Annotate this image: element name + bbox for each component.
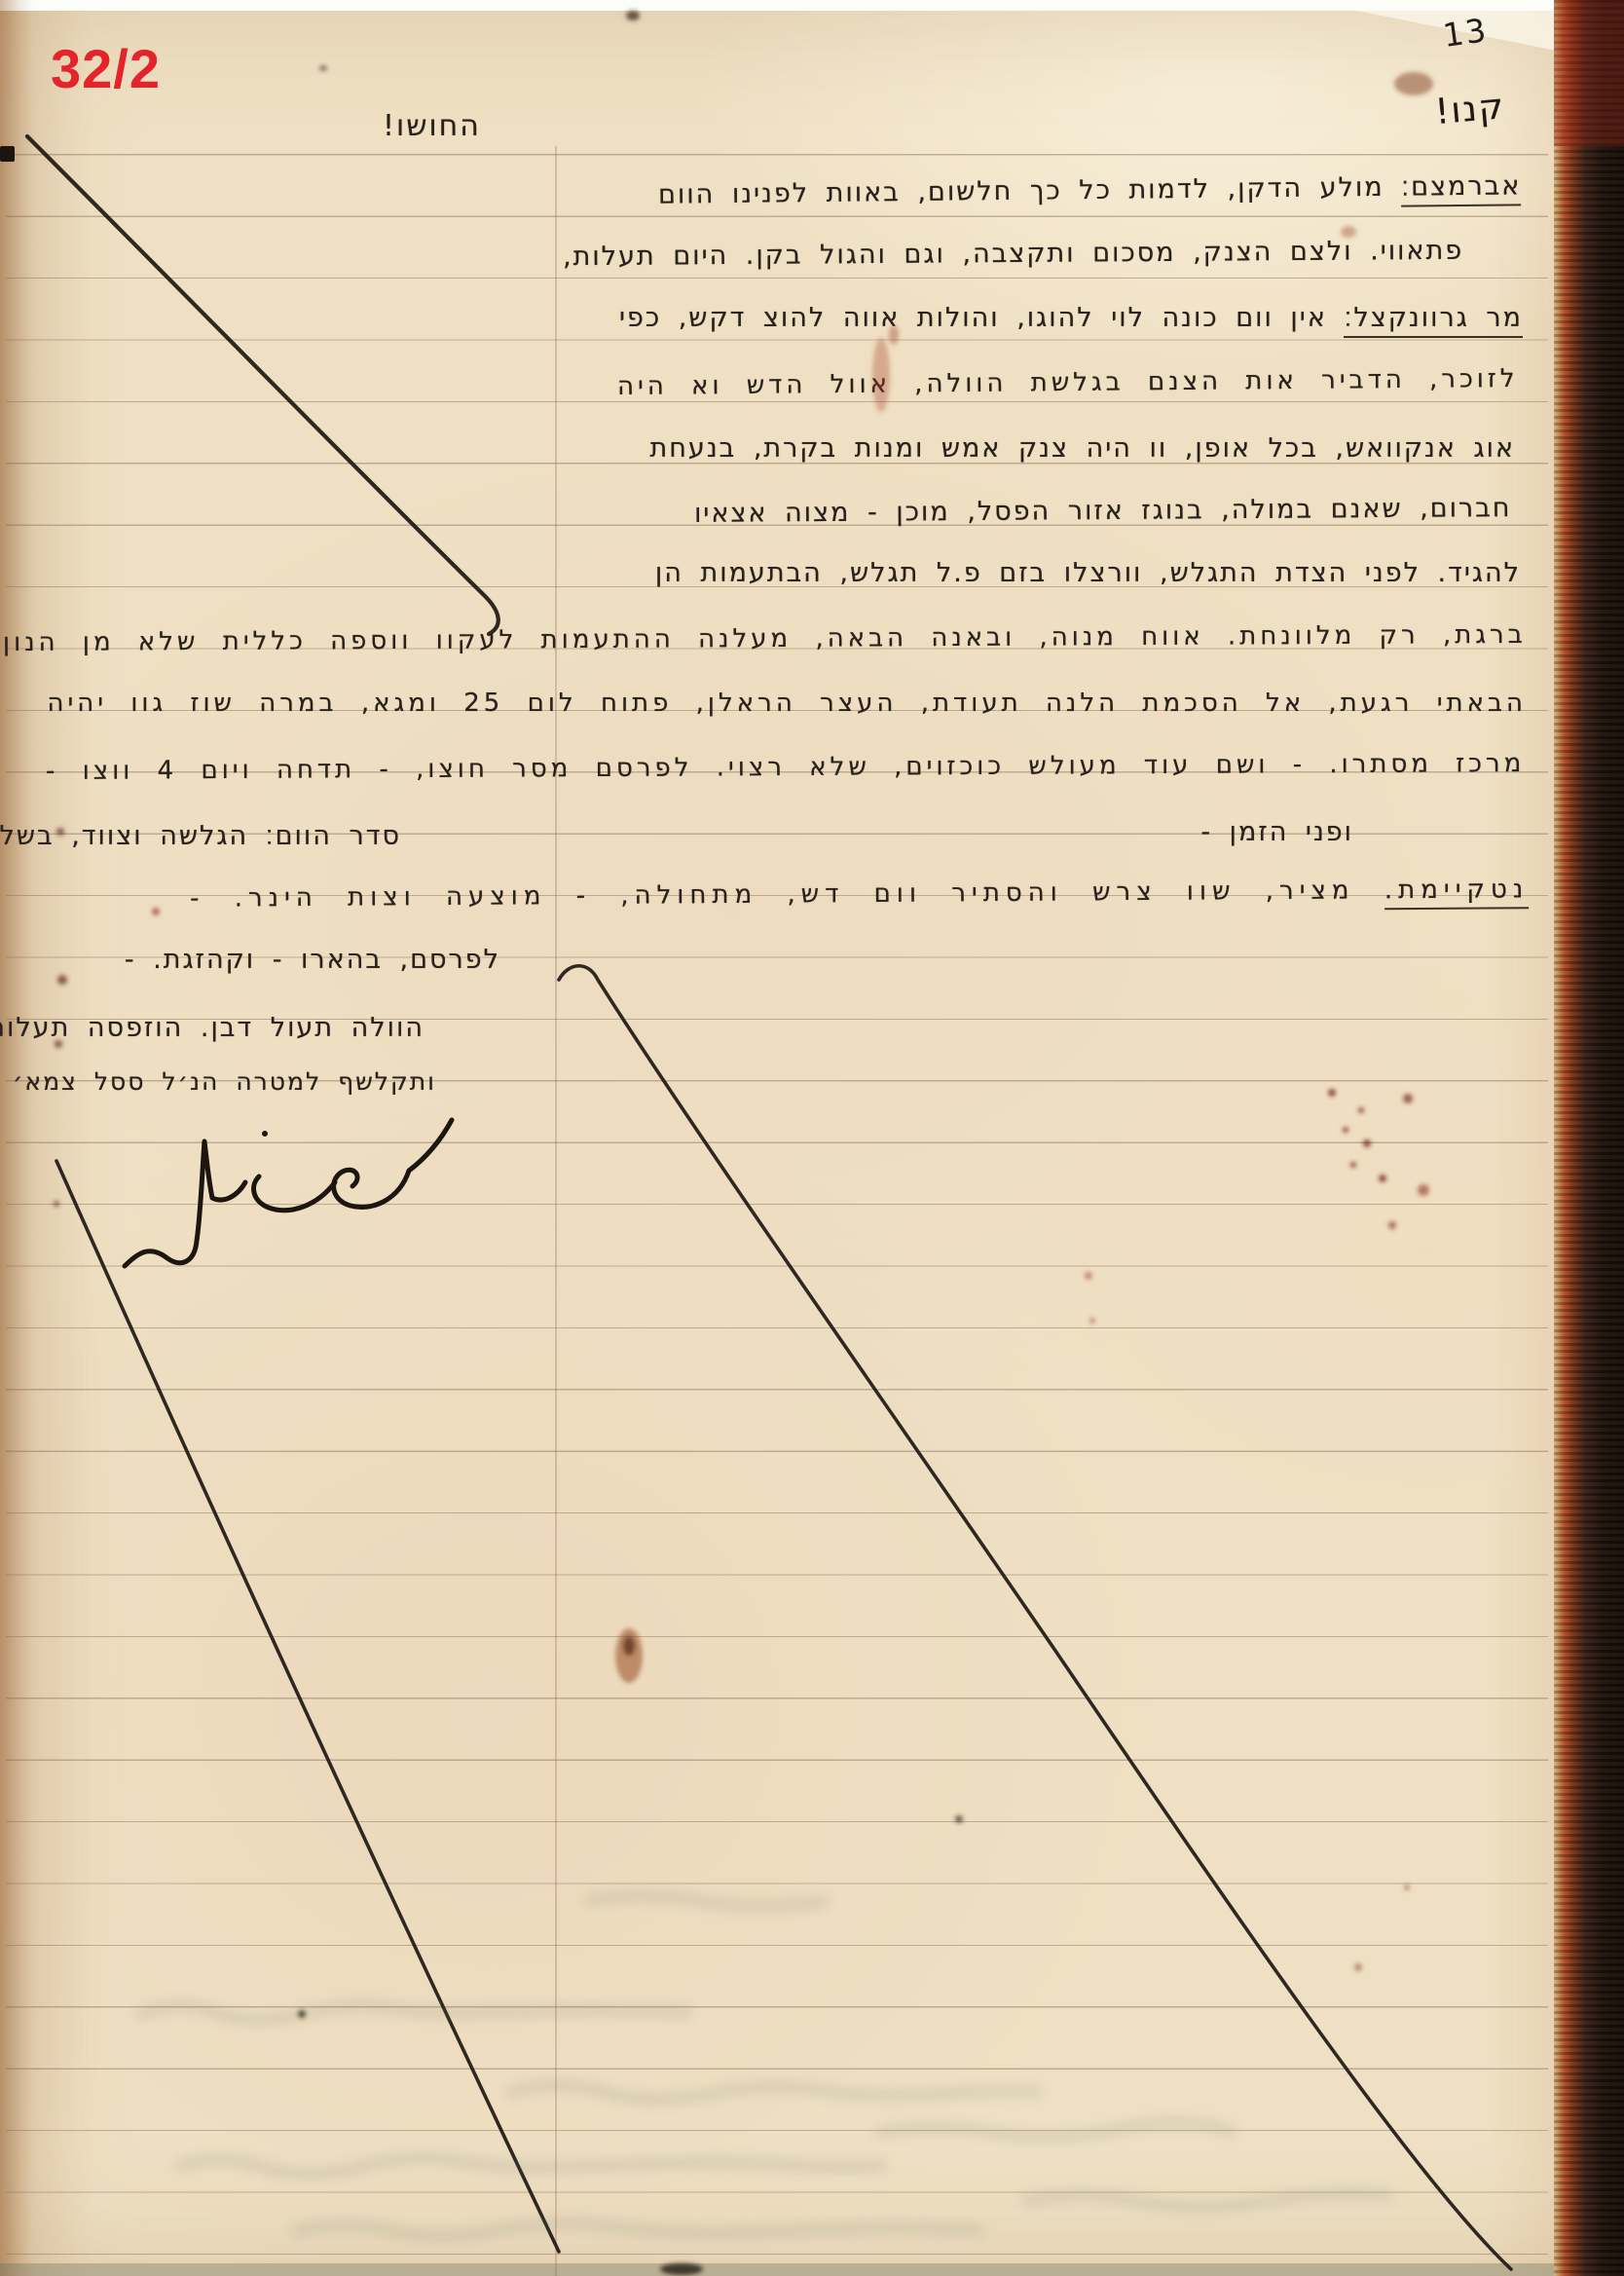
handwritten-line: ופני הזמן -: [1200, 817, 1353, 847]
handwritten-line: סדר הוום׃ הגלשה וצווד, בשלשות: [33, 821, 401, 851]
handwritten-line: מרכז מסתרו. - ושם עוד מעולש כוכזוים, שלא…: [46, 749, 1525, 786]
handwritten-line: מר גרוונקצל׃ אין וום כונה לוי להוגו, והו…: [619, 303, 1523, 333]
binding-red-tint: [1554, 0, 1624, 146]
handwritten-line: ברגת, רק מלוונחת. אווח מנוה, ובאנה הבאה,…: [3, 620, 1527, 657]
ink-stains: [54, 11, 1433, 2275]
margin-rule: [555, 146, 557, 2276]
underlined-word: מר גרוונקצל׃: [1344, 303, 1523, 338]
ruled-lines: [6, 93, 1548, 2276]
handwritten-line: נטקיימת. מציר, שוו צרש והסתיר וום דש, מת…: [190, 875, 1529, 914]
bleed-through: [136, 1896, 1392, 2236]
handwritten-line: להגיד. לפני הצדת התגלש, וורצלו בזם פ.ל ת…: [655, 558, 1521, 588]
bottom-page-edge: [0, 2263, 1554, 2276]
underlined-word: נטקיימת.: [1384, 875, 1530, 910]
left-page-edge: [0, 0, 33, 2276]
page-number: 13: [1441, 11, 1491, 55]
handwritten-line: חברום, שאנם במולה, בנוגז אזור הפסל, מוכן…: [693, 493, 1511, 529]
handwritten-line: ותקלשף למטרה הנ׳ל ססל צמא׳: [97, 1067, 436, 1096]
edge-mark: [0, 146, 15, 162]
catalog-stamp: 32/2: [51, 37, 161, 100]
strike-line-middle: [559, 966, 1511, 2269]
header-center: החושו!: [383, 109, 481, 143]
scan-top-edge: [0, 0, 1624, 11]
handwritten-line: לפרסם, בהארו - וקהזגת. -: [97, 945, 500, 975]
strike-line-bottom-left: [56, 1161, 559, 2252]
handwritten-line: הבאתי רגעת, אל הסכמת הלנה תעודת, העצר הר…: [47, 689, 1527, 718]
ink-overlay: [0, 0, 1624, 2276]
binding-edge: [1554, 0, 1624, 2276]
handwritten-line: אברמצם׃ מולע הדקן, לדמות כל כך חלשום, בא…: [658, 170, 1522, 209]
notebook-page: 32/2 13 קנו! החושו! אברמצם׃ מולע הדקן, ל…: [0, 0, 1624, 2276]
header-right: קנו!: [1433, 87, 1507, 132]
strike-line-top-left: [27, 136, 498, 634]
handwritten-line: פתאווי. ולצם הצנק, מסכום ותקצבה, וגם והג…: [563, 236, 1463, 272]
underlined-word: אברמצם׃: [1401, 170, 1522, 206]
handwritten-line: לזוכר, הדביר אות הצנם בגלשת הוולה, אוול …: [617, 364, 1519, 401]
signature: [125, 1120, 452, 1266]
handwritten-line: אוג אנקוואש, בכל אופן, וו היה צנק אמש ומ…: [650, 433, 1515, 464]
handwritten-line: הוולה תעול דבן. הוזפסה תעלות: [82, 1013, 424, 1043]
